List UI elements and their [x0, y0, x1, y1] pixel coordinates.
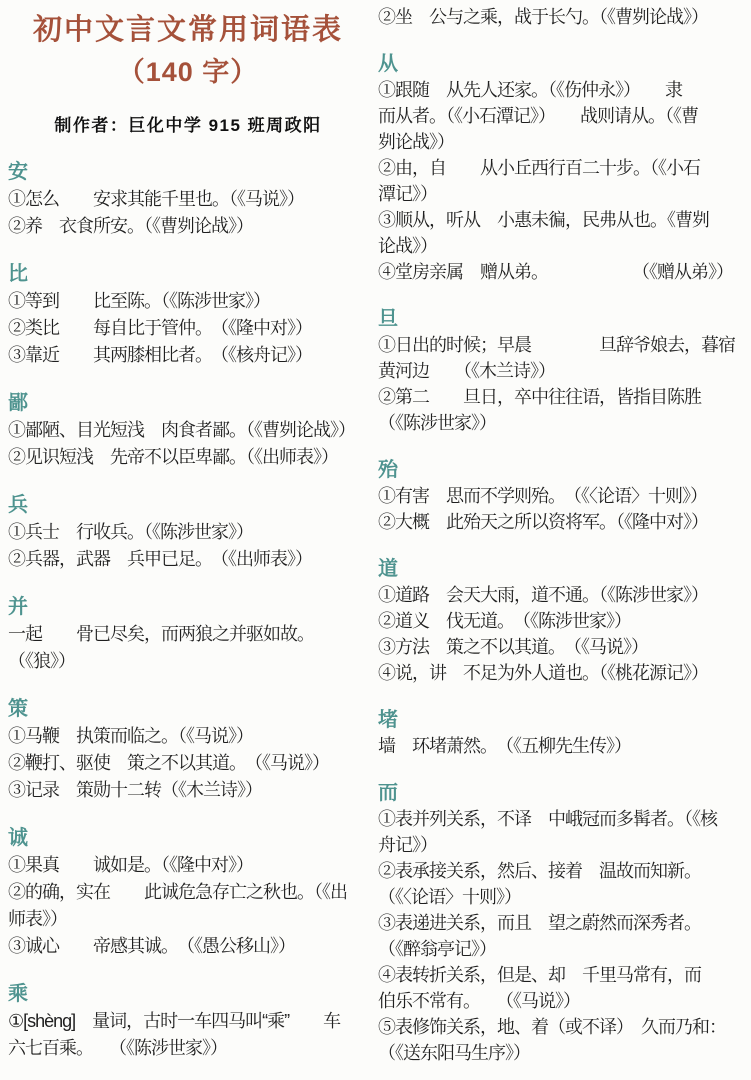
- word-section-dai: 殆 ①有害 思而不学则殆。 （《〈论语〉十则》） ②大概 此殆天之所以资将军。（…: [378, 457, 749, 535]
- entry-line: ①跟随 从先人还家。（《伤仲永》） 隶: [378, 77, 749, 103]
- entry-line: ④说，讲 不足为外人道也。（《桃花源记》）: [378, 660, 749, 686]
- entry-line: ②兵器，武器 兵甲已足。 （《出师表》）: [8, 546, 368, 573]
- entry-line: 刿论战》）: [378, 129, 749, 155]
- headword: 安: [8, 159, 368, 186]
- entry-line: （《狼》）: [8, 648, 368, 675]
- entry-line: ①有害 思而不学则殆。 （《〈论语〉十则》）: [378, 483, 749, 509]
- entry-line: ①等到 比至陈。（《陈涉世家》）: [8, 288, 368, 315]
- entry-line: ②第二 旦日，卒中往往语，皆指目陈胜: [378, 384, 749, 410]
- word-section-cong: 从 ①跟随 从先人还家。（《伤仲永》） 隶 而从者。（《小石潭记》） 战则请从。…: [378, 51, 749, 285]
- document-title: 初中文言文常用词语表: [8, 8, 368, 52]
- entry-line: 而从者。（《小石潭记》） 战则请从。（《曹: [378, 103, 749, 129]
- entry-line: （《〈论语〉十则》）: [378, 884, 749, 910]
- entry-line: ②由，自 从小丘西行百二十步。（《小石: [378, 155, 749, 181]
- word-section-cheng: 诚 ①果真 诚如是。（《隆中对》） ②的确，实在 此诚危急存亡之秋也。（《出 师…: [8, 825, 368, 960]
- entry-line: ①怎么 安求其能千里也。（《马说》）: [8, 186, 368, 213]
- entry-line: ③记录 策勋十二转（《木兰诗》）: [8, 777, 368, 804]
- entry-line: ③靠近 其两膝相比者。 （《核舟记》）: [8, 342, 368, 369]
- author-line: 制作者：巨化中学 915 班周政阳: [8, 114, 368, 138]
- entry-line: ②养 衣食所安。（《曹刿论战》）: [8, 213, 368, 240]
- entry-line: ①马鞭 执策而临之。（《马说》）: [8, 723, 368, 750]
- word-section-sheng: 乘 ①[shèng] 量词，古时一车四马叫“乘” 车 六七百乘。 （《陈涉世家》…: [8, 981, 368, 1062]
- word-section-dao: 道 ①道路 会天大雨，道不通。（《陈涉世家》） ②道义 伐无道。 （《陈涉世家》…: [378, 556, 749, 686]
- entry-line: ②道义 伐无道。 （《陈涉世家》）: [378, 608, 749, 634]
- entry-line: 论战》）: [378, 233, 749, 259]
- document-subtitle: （140 字）: [8, 52, 368, 92]
- word-section-er: 而 ①表并列关系，不译 中峨冠而多髯者。（《核 舟记》） ②表承接关系，然后、接…: [378, 780, 749, 1066]
- headword: 比: [8, 261, 368, 288]
- entry-line: 潭记》）: [378, 181, 749, 207]
- headword: 乘: [8, 981, 368, 1008]
- entry-line: （《送东阳马生序》）: [378, 1040, 749, 1066]
- entry-line: ①表并列关系，不译 中峨冠而多髯者。（《核: [378, 806, 749, 832]
- word-section-sheng-cont: ②坐 公与之乘，战于长勺。（《曹刿论战》）: [378, 4, 749, 30]
- entry-line: ①鄙陋、目光短浅 肉食者鄙。（《曹刿论战》）: [8, 417, 368, 444]
- entry-line: ②大概 此殆天之所以资将军。（《隆中对》）: [378, 509, 749, 535]
- entry-line: ③方法 策之不以其道。 （《马说》）: [378, 634, 749, 660]
- word-section-bing: 兵 ①兵士 行收兵。（《陈涉世家》） ②兵器，武器 兵甲已足。 （《出师表》）: [8, 492, 368, 573]
- entry-line: ④表转折关系，但是、却 千里马常有，而: [378, 962, 749, 988]
- entry-line: （《陈涉世家》）: [378, 410, 749, 436]
- entry-line: ②坐 公与之乘，战于长勺。（《曹刿论战》）: [378, 4, 749, 30]
- headword: 旦: [378, 306, 749, 332]
- entry-line: ③表递进关系，而且 望之蔚然而深秀者。: [378, 910, 749, 936]
- word-section-dan: 旦 ①日出的时候；早晨 旦辞爷娘去，暮宿 黄河边 （《木兰诗》） ②第二 旦日，…: [378, 306, 749, 436]
- right-column: ②坐 公与之乘，战于长勺。（《曹刿论战》） 从 ①跟随 从先人还家。（《伤仲永》…: [372, 0, 751, 1080]
- headword: 而: [378, 780, 749, 806]
- entry-line: ⑤表修饰关系，地、着（或不译） 久而乃和：: [378, 1014, 749, 1040]
- entry-line: ③诚心 帝感其诚。 （《愚公移山》）: [8, 933, 368, 960]
- left-column: 初中文言文常用词语表 （140 字） 制作者：巨化中学 915 班周政阳 安 ①…: [0, 0, 372, 1080]
- entry-line: 一起 骨已尽矣，而两狼之并驱如故。: [8, 621, 368, 648]
- entry-line: ②见识短浅 先帝不以臣卑鄙。（《出师表》）: [8, 444, 368, 471]
- headword: 鄙: [8, 390, 368, 417]
- entry-line: ②类比 每自比于管仲。 （《隆中对》）: [8, 315, 368, 342]
- entry-line: ②表承接关系，然后、接着 温故而知新。: [378, 858, 749, 884]
- entry-line: （《醉翁亭记》）: [378, 936, 749, 962]
- word-section-ce: 策 ①马鞭 执策而临之。（《马说》） ②鞭打、驱使 策之不以其道。 （《马说》）…: [8, 696, 368, 804]
- entry-line: 墙 环堵萧然。 （《五柳先生传》）: [378, 733, 749, 759]
- entry-line: ②鞭打、驱使 策之不以其道。 （《马说》）: [8, 750, 368, 777]
- headword: 兵: [8, 492, 368, 519]
- word-section-bi3: 鄙 ①鄙陋、目光短浅 肉食者鄙。（《曹刿论战》） ②见识短浅 先帝不以臣卑鄙。（…: [8, 390, 368, 471]
- entry-line: 黄河边 （《木兰诗》）: [378, 358, 749, 384]
- headword: 从: [378, 51, 749, 77]
- headword: 诚: [8, 825, 368, 852]
- entry-line: ①[shèng] 量词，古时一车四马叫“乘” 车: [8, 1008, 368, 1035]
- entry-line: 舟记》）: [378, 832, 749, 858]
- word-section-du: 堵 墙 环堵萧然。 （《五柳先生传》）: [378, 707, 749, 759]
- entry-line: ①日出的时候；早晨 旦辞爷娘去，暮宿: [378, 332, 749, 358]
- entry-line: ④堂房亲属 赠从弟。 （《赠从弟》）: [378, 259, 749, 285]
- document-page: 初中文言文常用词语表 （140 字） 制作者：巨化中学 915 班周政阳 安 ①…: [0, 0, 751, 1080]
- entry-line: 师表》）: [8, 906, 368, 933]
- entry-line: ①兵士 行收兵。（《陈涉世家》）: [8, 519, 368, 546]
- entry-line: ①道路 会天大雨，道不通。（《陈涉世家》）: [378, 582, 749, 608]
- headword: 堵: [378, 707, 749, 733]
- word-section-bing4: 并 一起 骨已尽矣，而两狼之并驱如故。 （《狼》）: [8, 594, 368, 675]
- entry-line: ①果真 诚如是。（《隆中对》）: [8, 852, 368, 879]
- headword: 策: [8, 696, 368, 723]
- headword: 殆: [378, 457, 749, 483]
- word-section-bi: 比 ①等到 比至陈。（《陈涉世家》） ②类比 每自比于管仲。 （《隆中对》） ③…: [8, 261, 368, 369]
- word-section-an: 安 ①怎么 安求其能千里也。（《马说》） ②养 衣食所安。（《曹刿论战》）: [8, 159, 368, 240]
- headword: 道: [378, 556, 749, 582]
- entry-line: 六七百乘。 （《陈涉世家》）: [8, 1035, 368, 1062]
- entry-line: ③顺从，听从 小惠未徧，民弗从也。《曹刿: [378, 207, 749, 233]
- entry-line: 伯乐不常有。 （《马说》）: [378, 988, 749, 1014]
- headword: 并: [8, 594, 368, 621]
- entry-line: ②的确，实在 此诚危急存亡之秋也。（《出: [8, 879, 368, 906]
